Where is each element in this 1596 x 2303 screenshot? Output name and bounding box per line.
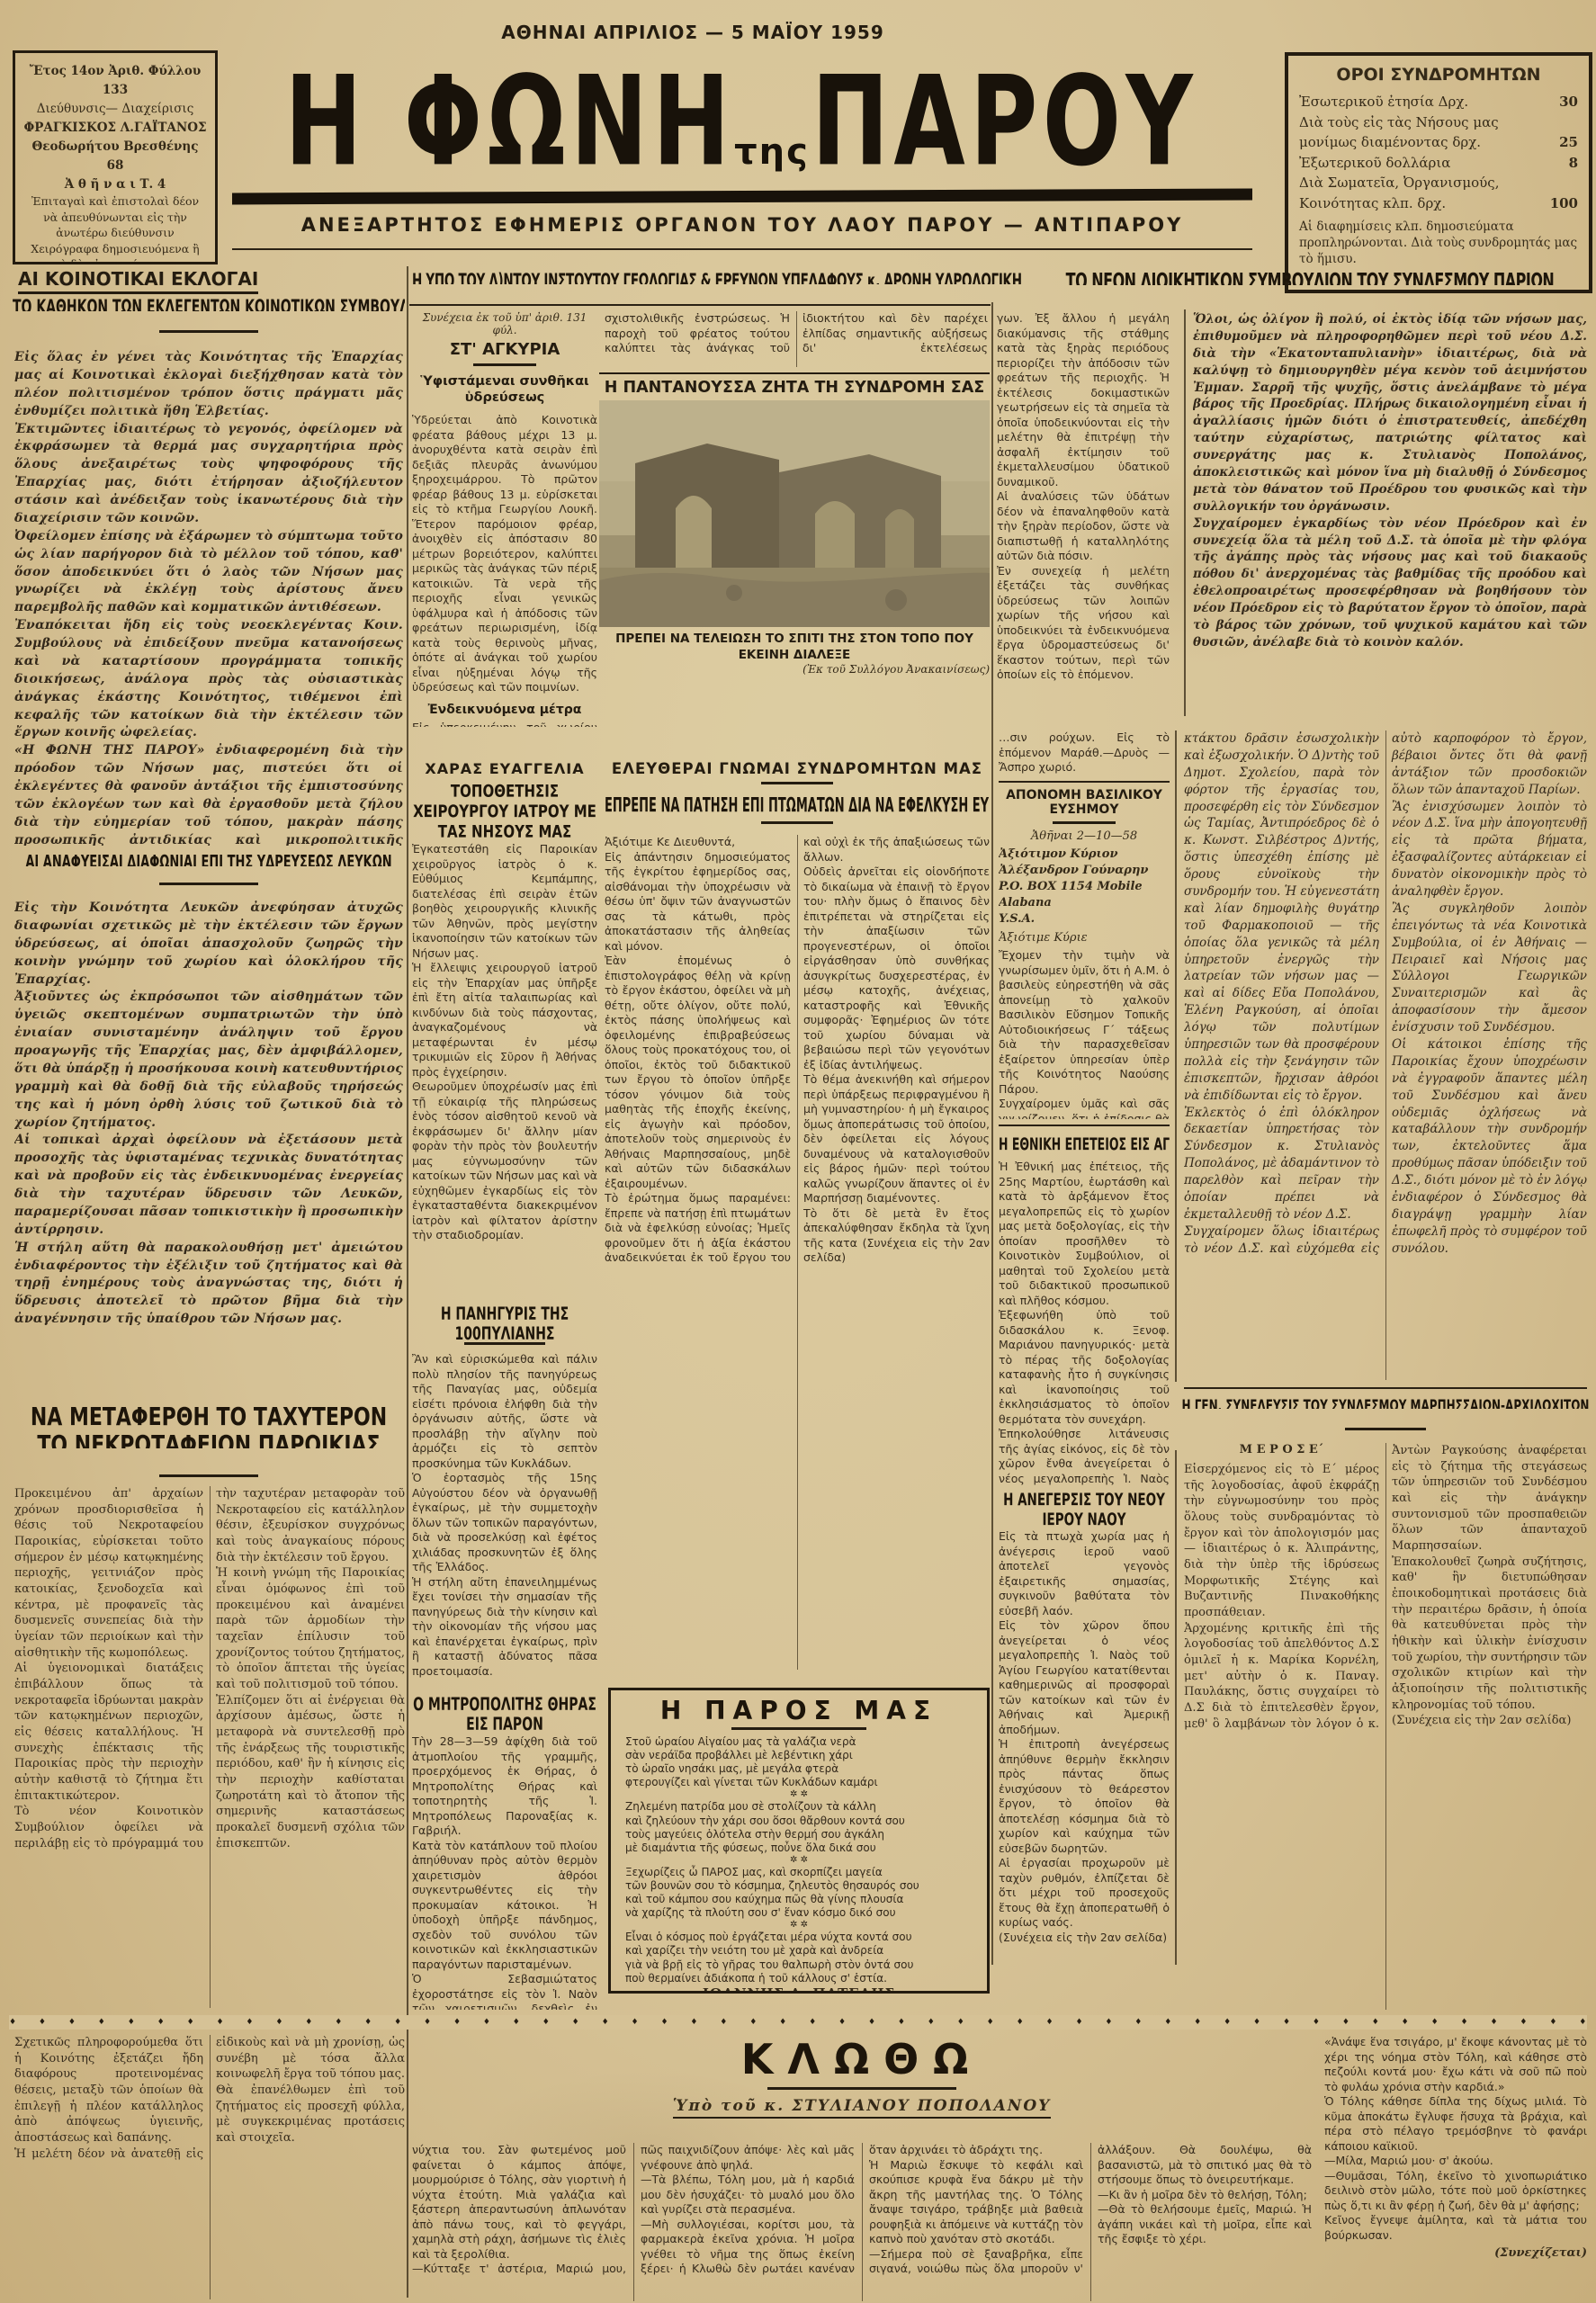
subscription-row: Διὰ Σωματεῖα, Ὀργανισμούς, Κοινότητας κλ…	[1299, 173, 1578, 213]
klotho-header: ΚΛΩΘΩ Ὑπὸ τοῦ κ. ΣΤΥΛΙΑΝΟΥ ΠΟΠΟΛΑΝΟΥ	[412, 2035, 1312, 2119]
marpissa-body: Εἰσερχόμενος εἰς τὸ Ε΄ μέρος τῆς λογοδοσ…	[1184, 1443, 1587, 1732]
pantanoussa-caption: ΠΡΕΠΕΙ ΝΑ ΤΕΛΕΙΩΣΗ ΤΟ ΣΠΙΤΙ ΤΗΣ ΣΤΟΝ ΤΟΠ…	[599, 627, 990, 663]
section-rule	[999, 781, 1170, 783]
subscription-row: Ἐξωτερικοῦ δολλάρια 8	[1299, 153, 1578, 174]
anegersis-headline: Η ΑΝΕΓΕΡΣΙΣ ΤΟΥ ΝΕΟΥ ΙΕΡΟΥ ΝΑΟΥ	[999, 1490, 1170, 1530]
subscription-value: 25	[1559, 132, 1578, 153]
ethniki-body: Ἡ Ἐθνική μας ἐπέτειος, τῆς 25ης Μαρτίου,…	[999, 1160, 1170, 1486]
diamond-separator: ♦ ♦ ♦ ♦ ♦ ♦ ♦ ♦ ♦ ♦ ♦ ♦ ♦ ♦ ♦ ♦ ♦ ♦ ♦ ♦ …	[9, 2015, 1587, 2030]
masthead-word-ifoni: Η ΦΩΝΗ	[284, 59, 734, 185]
publisher-info-box: Ἔτος 14ον Ἀριθ. Φύλλου 133 Διεύθυνσις— Δ…	[13, 50, 218, 264]
gnomai-headline: ΕΠΡΕΠΕ ΝΑ ΠΑΤΗΣΗ ΕΠΙ ΠΤΩΜΑΤΩΝ ΔΙΑ ΝΑ ΕΦΕ…	[605, 795, 990, 819]
hydro-body: Εἰς ὑπερκειμένην τοῦ χωρίου τοποθεσίαν ἔ…	[412, 721, 597, 727]
lead-body: Εἰς ὅλας ἐν γένει τὰς Κοινότητας τῆς Ἐπα…	[14, 349, 403, 846]
masthead-word-tis: της	[734, 131, 810, 185]
chara-body: Ἐγκατεστάθη εἰς Παροικίαν χειροῦργος ἰατ…	[412, 842, 597, 1243]
lead-headline: ΤΟ ΚΑΘΗΚΟΝ ΤΩΝ ΕΚΛΕΓΕΝΤΩΝ ΚΟΙΝΟΤΙΚΩΝ ΣΥΜ…	[13, 297, 405, 311]
gnomai-body: Ἀξιότιμε Κε Διευθυντά, Εἰς ἀπάντησιν δημ…	[605, 835, 990, 1670]
poem-stanza-1: Στοῦ ὡραίου Αἰγαίου μας τὰ γαλάζια νερὰ …	[625, 1735, 973, 1789]
klotho-columns: νύχτια του. Σὰν φωτεμένος μοῦ φαίνεται ὁ…	[412, 2143, 1312, 2301]
mitropolitis-body: Τὴν 28—3—59 ἀφίχθη διὰ τοῦ ἀτμοπλοίου τῆ…	[412, 1734, 597, 2010]
hydro-column-1: Συνέχεια ἐκ τοῦ ὑπ' ἀριθ. 131 φύλ. ΣΤ' Α…	[412, 311, 597, 727]
neon-ds-headline: ΤΟ ΝΕΟΝ ΔΙΟΙΚΗΤΙΚΟΝ ΣΥΜΒΟΥΛΙΟΝ ΤΟΥ ΣΥΝΔΕ…	[1033, 268, 1587, 285]
subhead-rule	[473, 363, 536, 366]
headline-rule	[761, 821, 833, 824]
publisher-city: Ἀ θ ῆ ν α ι Τ. 4	[22, 175, 208, 194]
hydro-strip: σχιστολιθικῆς ἐνστρώσεως. Ἡ παροχὴ τοῦ φ…	[605, 311, 988, 367]
continuation-note: Συνέχεια ἐκ τοῦ ὑπ' ἀριθ. 131 φύλ.	[412, 311, 597, 336]
marpissa-part-label: Μ Ε Ρ Ο Σ Ε΄	[1184, 1443, 1379, 1456]
chara-kicker: ΧΑΡΑΣ ΕΥΑΓΓΕΛΙΑ	[412, 760, 597, 777]
headline-rule	[1053, 821, 1116, 824]
headline-underline	[409, 304, 991, 306]
subscription-value: 8	[1569, 153, 1578, 174]
masthead: Η ΦΩΝΗ της ΠΑΡΟΥ	[225, 59, 1260, 185]
hydro-subhead-conditions: Ὑφιστάμεναι συνθῆκαι ὑδρεύσεως	[412, 373, 597, 406]
poem-stanza-3: Ξεχωρίζεις ὦ ΠΑΡΟΣ μας, καὶ σκορπίζει μα…	[625, 1866, 973, 1920]
poem-box: Η ΠΑΡΟΣ ΜΑΣ Στοῦ ὡραίου Αἰγαίου μας τὰ γ…	[608, 1688, 990, 1994]
masthead-word-parou: ΠΑΡΟΥ	[811, 59, 1197, 185]
section-rule	[1184, 1387, 1587, 1389]
leukon-headline: ΑΙ ΑΝΑΦΥΕΙΣΑΙ ΔΙΑΦΩΝΙΑΙ ΕΠΙ ΤΗΣ ΥΔΡΕΥΣΕΩ…	[13, 853, 405, 866]
nekro-body-continued: Σχετικῶς πληροφορούμεθα ὅτι ἡ Κοινότης ἐ…	[14, 2035, 405, 2299]
subscription-row: Ἐσωτερικοῦ ἐτησία Δρχ. 30	[1299, 92, 1578, 112]
nekro-body: Προκειμένου ἀπ' ἀρχαίων χρόνων προσδιορι…	[14, 1486, 405, 2008]
klotho-title-rule	[767, 2087, 956, 2090]
headline-rule	[1345, 1428, 1426, 1430]
klotho-right-column: «Ἀνάψε ἕνα τσιγάρο, μ' ἔκοψε κάνοντας μὲ…	[1324, 2035, 1587, 2301]
aponomi-date: Ἀθῆναι 2—10—58	[999, 829, 1170, 843]
column-rule	[1184, 309, 1186, 716]
column-rule	[407, 266, 408, 2298]
masthead-subtitle: ΑΝΕΞΑΡΤΗΤΟΣ ΕΦΗΜΕΡΙΣ ΟΡΓΑΝΟΝ ΤΟΥ ΛΑΟΥ ΠΑ…	[232, 214, 1252, 236]
stanza-separator: ✲ ✲	[625, 1855, 973, 1866]
subtitle-rule	[232, 248, 1252, 250]
headline-rule	[159, 1474, 258, 1477]
column-rule	[1175, 1450, 1177, 1965]
subscription-label: Διὰ τοὺς εἰς τὰς Νήσους μας μονίμως διαμ…	[1299, 112, 1554, 153]
anegersis-article: Η ΑΝΕΓΕΡΣΙΣ ΤΟΥ ΝΕΟΥ ΙΕΡΟΥ ΝΑΟΥ Εἰς τὰ π…	[999, 1490, 1170, 2010]
poem-signature: ΙΩΑΝΝΗΣ Δ. ΠΑΤΕΛΗΣ	[625, 1985, 973, 1994]
gnomai-article: ΕΛΕΥΘΕΡΑΙ ΓΝΩΜΑΙ ΣΥΝΔΡΟΜΗΤΩΝ ΜΑΣ ΕΠΡΕΠΕ …	[605, 760, 990, 1681]
headline-rule	[159, 330, 258, 333]
stanza-separator: ✲ ✲	[625, 1789, 973, 1800]
pantanoussa-box: Η ΠΑΝΤΑΝΟΥΣΣΑ ΖΗΤΑ ΤΗ ΣΥΝΔΡΟΜΗ ΣΑΣ ΠΡΕΠΕ…	[599, 372, 990, 712]
aponomi-address: Ἀξιότιμον Κύριον Ἀλέξανδρον Γούναρην P.O…	[999, 847, 1170, 928]
poem-title-rule	[731, 1727, 866, 1730]
hydro-body: Ὑδρεύεται ἀπὸ Κοινοτικὰ φρέατα βάθους μέ…	[412, 413, 597, 695]
chara-headline: ΤΟΠΟΘΕΤΗΣΙΣ ΧΕΙΡΟΥΡΓΟΥ ΙΑΤΡΟΥ ΜΕ ΤΑΣ ΝΗΣ…	[412, 781, 597, 842]
hydro-headline: Η ΥΠΟ ΤΟΥ Δ)ΝΤΟΥ ΙΝΣΤΟΥΤΟΥ ΓΕΩΛΟΓΙΑΣ & Ε…	[412, 270, 1026, 284]
gnomai-kicker: ΕΛΕΥΘΕΡΑΙ ΓΝΩΜΑΙ ΣΥΝΔΡΟΜΗΤΩΝ ΜΑΣ	[605, 760, 990, 777]
column-rule	[991, 302, 993, 1965]
poem-stanza-4: Εἶναι ὁ κόσμος ποὺ ἐργάζεται μέρα νύχτα …	[625, 1931, 973, 1985]
publisher-address: Θεοδωρήτου Βρεσθένης 68	[22, 138, 208, 175]
hydro-subhead-agkyria: ΣΤ' ΑΓΚΥΡΙΑ	[412, 340, 597, 359]
mitropolitis-article: Ο ΜΗΤΡΟΠΟΛΙΤΗΣ ΘΗΡΑΣ ΕΙΣ ΠΑΡΟΝ Τὴν 28—3—…	[412, 1695, 597, 2010]
pantanoussa-photo	[599, 400, 990, 627]
ethniki-article: Η ΕΘΝΙΚΗ ΕΠΕΤΕΙΟΣ ΕΙΣ ΑΓΓΕΡΙΑΝ Ἡ Ἐθνική …	[999, 1125, 1170, 1486]
issue-number: Ἔτος 14ον Ἀριθ. Φύλλου 133	[22, 62, 208, 100]
aponomi-body: Ἔχομεν τὴν τιμὴν νὰ γνωρίσωμεν ὑμῖν, ὅτι…	[999, 948, 1170, 1119]
subscription-label: Ἐξωτερικοῦ δολλάρια	[1299, 153, 1450, 174]
previous-article-stub: …σιν ρούχων. Εἰς τὸ ἑπόμενον Μαράθ.—Δρυὸ…	[999, 730, 1170, 775]
aponomi-headline: ΑΠΟΝΟΜΗ ΒΑΣΙΛΙΚΟΥ ΕΥΣΗΜΟΥ	[999, 788, 1170, 817]
stanza-separator: ✲ ✲	[625, 1920, 973, 1931]
publisher-name: ΦΡΑΓΚΙΣΚΟΣ Λ.ΓΑΪΤΑΝΟΣ	[22, 119, 208, 138]
subscription-label: Ἐσωτερικοῦ ἐτησία Δρχ.	[1299, 92, 1468, 112]
subscription-row: Διὰ τοὺς εἰς τὰς Νήσους μας μονίμως διαμ…	[1299, 112, 1578, 153]
subscription-title: ΟΡΟΙ ΣΥΝΔΡΟΜΗΤΩΝ	[1299, 65, 1578, 85]
management-label: Διεύθυνσις— Διαχείρισις	[22, 100, 208, 119]
column-rule	[1175, 730, 1177, 1382]
marpissa-body-wrap: Μ Ε Ρ Ο Σ Ε΄ Εἰσερχόμενος εἰς τὸ Ε΄ μέρο…	[1184, 1443, 1587, 2010]
neon-ds-continuation: κτάκτου δρᾶσιν ἐσωσχολικὴν καὶ ἐξωσχολικ…	[1184, 730, 1587, 1380]
leukon-body: Εἰς τὴν Κοινότητα Λευκῶν ἀνεφύησαν ἀτυχῶ…	[14, 900, 403, 1396]
panigyris-article: Η ΠΑΝΗΓΥΡΙΣ ΤΗΣ 100ΠΥΛΙΑΝΗΣ Ἂν καὶ εὑρισ…	[412, 1304, 597, 1689]
klotho-right-text: «Ἀνάψε ἕνα τσιγάρο, μ' ἔκοψε κάνοντας μὲ…	[1324, 2035, 1587, 2243]
nekro-headline: ΝΑ ΜΕΤΑΦΕΡΘΗ ΤΟ ΤΑΧΥΤΕΡΟΝ ΤΟ ΝΕΚΡΟΤΑΦΕΙΟ…	[13, 1403, 405, 1448]
marpissa-headline: Η ΓΕΝ. ΣΥΝΕΛΕΥΣΙΣ ΤΟΥ ΣΥΝΔΕΣΜΟΥ ΜΑΡΠΗΣΣΑ…	[1180, 1396, 1591, 1409]
subscription-value: 30	[1559, 92, 1578, 112]
manuscripts-note: Χειρόγραφα δημοσιευόμενα ἢ μὴ δὲν ἐπιστρ…	[22, 241, 208, 264]
ethniki-headline: Η ΕΘΝΙΚΗ ΕΠΕΤΕΙΟΣ ΕΙΣ ΑΓΓΕΡΙΑΝ	[999, 1134, 1170, 1154]
pantanoussa-header: Η ΠΑΝΤΑΝΟΥΣΣΑ ΖΗΤΑ ΤΗ ΣΥΝΔΡΟΜΗ ΣΑΣ	[599, 372, 990, 400]
poem-title: Η ΠΑΡΟΣ ΜΑΣ	[625, 1696, 973, 1725]
newspaper-front-page: ΑΘΗΝΑΙ ΑΠΡΙΛΙΟΣ — 5 ΜΑΪΟΥ 1959 Ἔτος 14ον…	[0, 0, 1596, 2303]
aponomi-salutation: Ἀξιότιμε Κύριε	[999, 931, 1170, 945]
section-rule	[999, 1125, 1170, 1126]
anegersis-body: Εἰς τὰ πτωχὰ χωρία μας ἡ ἀνέγερσις ἱεροῦ…	[999, 1529, 1170, 1945]
mail-note: Ἐπιταγαὶ καὶ ἐπιστολαὶ δέον νὰ ἀπευθύνων…	[22, 193, 208, 241]
klotho-title: ΚΛΩΘΩ	[741, 2035, 983, 2083]
subscription-value: 100	[1550, 193, 1578, 214]
dateline: ΑΘΗΝΑΙ ΑΠΡΙΛΙΟΣ — 5 ΜΑΪΟΥ 1959	[387, 22, 999, 43]
headline-rule	[159, 883, 258, 885]
hydro-column-4: γων. Ἐξ ἄλλου ἡ μεγάλη διακύμανσις τῆς σ…	[997, 311, 1170, 718]
panigyris-headline: Η ΠΑΝΗΓΥΡΙΣ ΤΗΣ 100ΠΥΛΙΑΝΗΣ	[412, 1304, 597, 1345]
hydro-subhead-measures: Ἐνδεικνυόμενα μέτρα	[412, 703, 597, 717]
mitropolitis-headline: Ο ΜΗΤΡΟΠΟΛΙΤΗΣ ΘΗΡΑΣ ΕΙΣ ΠΑΡΟΝ	[412, 1695, 597, 1735]
panigyris-body: Ἂν καὶ εὑρισκώμεθα καὶ πάλιν πολὺ πλησίο…	[412, 1352, 597, 1679]
pantanoussa-credit: (Ἐκ τοῦ Συλλόγου Ἀνακαινίσεως)	[599, 663, 990, 676]
to-be-continued: (Συνεχίζεται)	[1324, 2246, 1587, 2260]
aponomi-article: …σιν ρούχων. Εἰς τὸ ἑπόμενον Μαράθ.—Δρυὸ…	[999, 730, 1170, 1119]
neon-ds-body: Ὅλοι, ὡς ὀλίγον ἢ πολύ, οἱ ἐκτὸς ἰδίᾳ τῶ…	[1193, 311, 1587, 714]
poem-stanza-2: Ζηλεμένη πατρίδα μου σὲ στολίζουν τὰ κάλ…	[625, 1800, 973, 1854]
subscription-box: ΟΡΟΙ ΣΥΝΔΡΟΜΗΤΩΝ Ἐσωτερικοῦ ἐτησία Δρχ. …	[1285, 52, 1592, 293]
lead-kicker: ΑΙ ΚΟΙΝΟΤΙΚΑΙ ΕΚΛΟΓΑΙ	[18, 268, 258, 294]
klotho-byline: Ὑπὸ τοῦ κ. ΣΤΥΛΙΑΝΟΥ ΠΟΠΟΛΑΝΟΥ	[673, 2097, 1052, 2119]
chara-article: ΧΑΡΑΣ ΕΥΑΓΓΕΛΙΑ ΤΟΠΟΘΕΤΗΣΙΣ ΧΕΙΡΟΥΡΓΟΥ Ι…	[412, 760, 597, 1300]
subscription-note: Αἱ διαφημίσεις κλπ. δημοσιεύματα προπληρ…	[1299, 219, 1578, 268]
subscription-label: Διὰ Σωματεῖα, Ὀργανισμούς, Κοινότητας κλ…	[1299, 173, 1545, 213]
kicker-rule	[761, 782, 833, 784]
masthead-bar	[232, 189, 1252, 205]
